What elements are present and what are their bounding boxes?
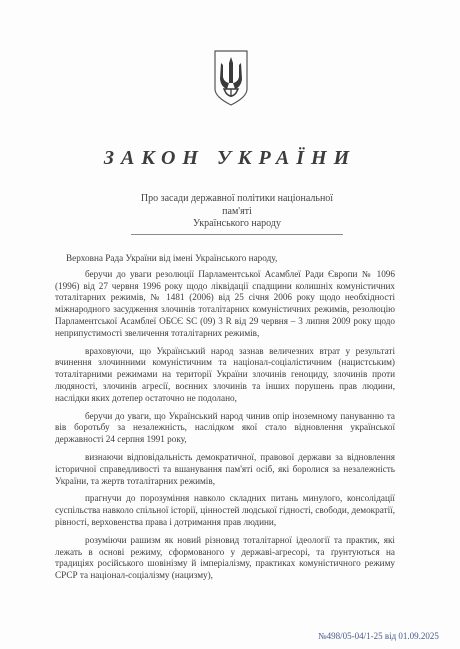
subtitle-line: Українського народу [131, 218, 343, 231]
registration-stamp: №498/05-04/1-25 від 01.09.2025 [318, 631, 439, 641]
preamble-paragraph: прагнучи до порозуміння навколо складних… [55, 493, 395, 528]
preamble-intro: Верховна Рада України від імені Українсь… [55, 253, 395, 265]
preamble-paragraph: розуміючи рашизм як новий різновид тотал… [55, 535, 395, 582]
document-body: Верховна Рада України від імені Українсь… [55, 253, 395, 588]
document-subtitle: Про засади державної політики національн… [131, 193, 343, 235]
preamble-paragraph: беручи до уваги, що Український народ чи… [55, 411, 395, 446]
preamble-paragraph: визнаючи відповідальність демократичної,… [55, 452, 395, 487]
preamble-paragraph: беручи до уваги резолюції Парламентської… [55, 269, 395, 340]
subtitle-line: Про засади державної політики національн… [131, 193, 343, 218]
document-page: ЗАКОН УКРАЇНИ Про засади державної політ… [0, 0, 460, 649]
coat-of-arms-icon [213, 49, 249, 107]
preamble-paragraph: враховуючи, що Український народ зазнав … [55, 346, 395, 405]
document-title: ЗАКОН УКРАЇНИ [0, 147, 460, 170]
